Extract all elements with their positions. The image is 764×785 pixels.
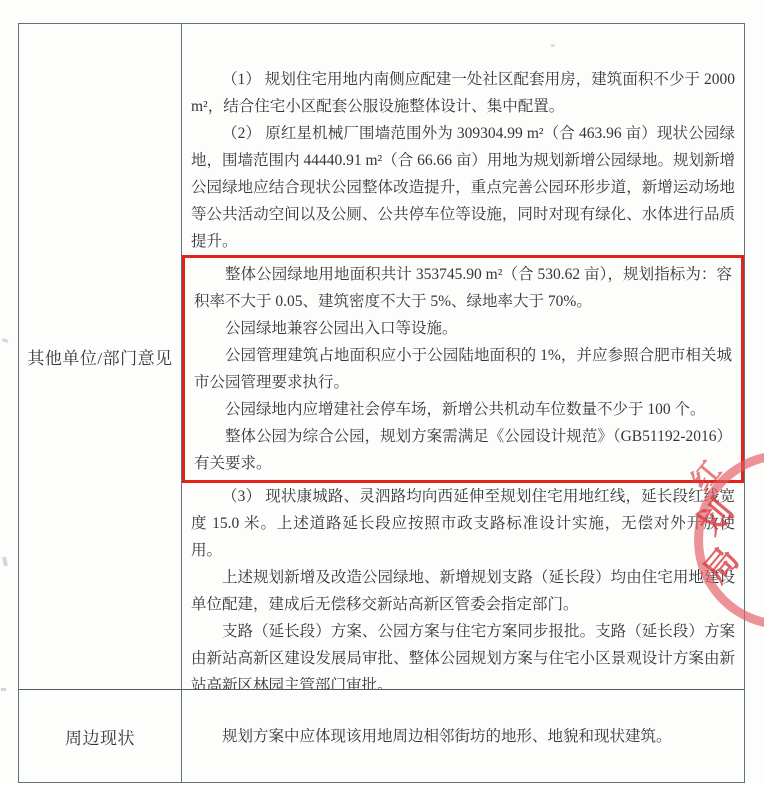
red-highlight-box: 整体公园绿地用地面积共计 353745.90 m²（合 530.62 亩），规划… (182, 255, 744, 483)
review-opinion-table: 其他单位/部门意见 （1） 规划住宅用地内南侧应配建一处社区配套用房，建筑面积不… (18, 23, 745, 783)
highlighted-paragraph-4: 公园绿地内应增建社会停车场，新增公共机动车位数量不少于 100 个。 (194, 396, 732, 423)
surroundings-content-cell: 规划方案中应体现该用地周边相邻街坊的地形、地貌和现状建筑。 (182, 690, 744, 782)
surroundings-row-label: 周边现状 (65, 724, 135, 749)
opinion-paragraph-2: （2） 原红星机械厂围墙范围外为 309304.99 m²（合 463.96 亩… (191, 120, 735, 255)
highlighted-paragraph-3: 公园管理建筑占地面积应小于公园陆地面积的 1%，并应参照合肥市相关城市公园管理要… (194, 342, 732, 396)
table-row-opinions: 其他单位/部门意见 （1） 规划住宅用地内南侧应配建一处社区配套用房，建筑面积不… (19, 24, 744, 690)
scan-artifact (2, 557, 8, 567)
scan-artifact (1, 688, 6, 691)
highlighted-paragraph-5: 整体公园为综合公园，规划方案需满足《公园设计规范》（GB51192-2016）有… (194, 423, 732, 477)
scan-artifact (551, 44, 555, 47)
opinion-paragraph-1: （1） 规划住宅用地内南侧应配建一处社区配套用房，建筑面积不少于 2000 m²… (191, 66, 735, 120)
opinion-content-cell: （1） 规划住宅用地内南侧应配建一处社区配套用房，建筑面积不少于 2000 m²… (182, 24, 744, 689)
table-row-surroundings: 周边现状 规划方案中应体现该用地周边相邻街坊的地形、地貌和现状建筑。 (19, 690, 744, 782)
highlighted-paragraph-1: 整体公园绿地用地面积共计 353745.90 m²（合 530.62 亩），规划… (194, 261, 732, 315)
opinion-row-label-cell: 其他单位/部门意见 (19, 24, 182, 689)
scan-artifact (2, 338, 9, 343)
opinion-row-label: 其他单位/部门意见 (27, 344, 172, 369)
surroundings-text: 规划方案中应体现该用地周边相邻街坊的地形、地貌和现状建筑。 (191, 723, 735, 750)
opinion-paragraph-3: （3） 现状康城路、灵泗路均向西延伸至规划住宅用地红线，延长段红线宽度 15.0… (191, 483, 735, 564)
opinion-paragraph-5: 支路（延长段）方案、公园方案与住宅方案同步报批。支路（延长段）方案由新站高新区建… (191, 618, 735, 689)
opinion-paragraph-4: 上述规划新增及改造公园绿地、新增规划支路（延长段）均由住宅用地建设单位配建，建成… (191, 564, 735, 618)
highlighted-paragraph-2: 公园绿地兼容公园出入口等设施。 (194, 315, 732, 342)
scanned-document-page: 其他单位/部门意见 （1） 规划住宅用地内南侧应配建一处社区配套用房，建筑面积不… (0, 0, 764, 785)
surroundings-row-label-cell: 周边现状 (19, 690, 182, 782)
